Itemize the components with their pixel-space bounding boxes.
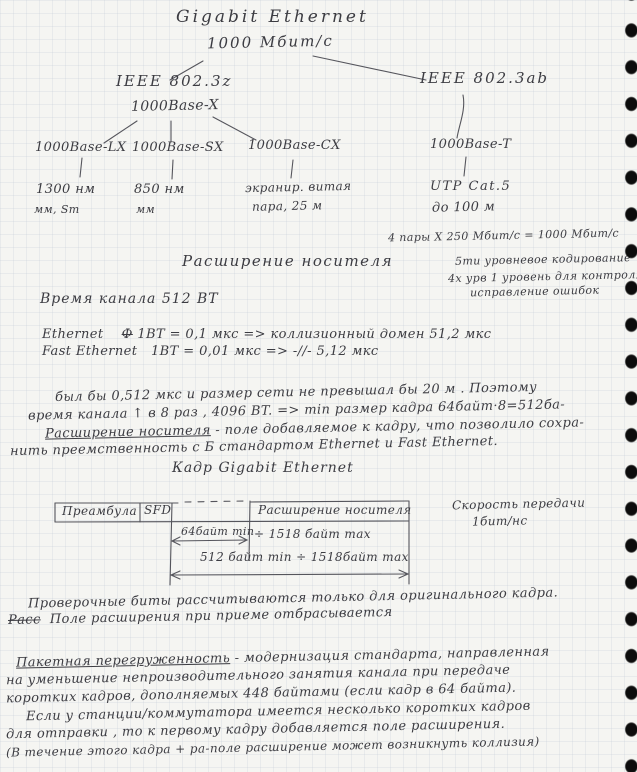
frame-range1-max: ÷ 1518 байт max bbox=[254, 528, 371, 542]
tree-leaf-1000base-sx: 1000Base-SX bbox=[132, 141, 224, 156]
tree-leaf-1000base-lx: 1000Base-LX bbox=[35, 141, 126, 156]
lx-wavelength: 1300 нм bbox=[36, 183, 95, 198]
frame-cell-extension: Расширение носителя bbox=[258, 504, 412, 518]
fast-ethernet-label: Fast Ethernet bbox=[42, 344, 137, 359]
t-distance: до 100 м bbox=[432, 200, 495, 216]
coding-note-line1: 5ти уровневое кодирование bbox=[455, 252, 631, 268]
page-title: Gigabit Ethernet bbox=[176, 8, 369, 28]
pairs-formula: 4 пары X 250 Мбит/с = 1000 Мбит/с bbox=[388, 228, 619, 245]
coding-note-line2: 4х урв 1 уровень для контроля и bbox=[448, 269, 637, 286]
struck-symbol: Ф bbox=[122, 327, 133, 342]
sx-fiber-modes: мм bbox=[136, 204, 155, 217]
transfer-speed-line2: 1бит/нс bbox=[472, 514, 528, 529]
crossed-out-word: Расс bbox=[8, 612, 41, 628]
frame-diagram-heading: Кадр Gigabit Ethernet bbox=[172, 460, 354, 476]
frame-cell-sfd: SFD bbox=[144, 504, 171, 518]
page-subtitle-speed: 1000 Мбит/с bbox=[207, 33, 334, 53]
frame-range2: 512 байт min ÷ 1518байт max bbox=[200, 551, 409, 565]
fast-ethernet-bt-value: 1BT = 0,01 мкс => -//- 5,12 мкс bbox=[151, 344, 379, 359]
tree-leaf-1000base-cx: 1000Base-CX bbox=[248, 139, 341, 154]
coding-note-line3: исправление ошибок bbox=[470, 285, 600, 300]
ethernet-label: Ethernet bbox=[42, 327, 103, 342]
notebook-page: Gigabit Ethernet 1000 Мбит/с IEEE 802.3z… bbox=[0, 0, 637, 772]
cx-medium-line2: пара, 25 м bbox=[252, 199, 323, 214]
transfer-speed-line1: Скорость передачи bbox=[452, 497, 586, 514]
ethernet-bt-line: Ethernet Ф 1BT = 0,1 мкс => коллизионный… bbox=[42, 328, 491, 343]
sx-wavelength: 850 нм bbox=[134, 183, 185, 198]
burst-term: Пакетная перегруженность bbox=[16, 651, 230, 670]
channel-time-note: Время канала 512 BT bbox=[40, 291, 219, 307]
section-heading-carrier-extension: Расширение носителя bbox=[182, 253, 393, 270]
carrier-extension-term: Расширение носителя bbox=[45, 423, 211, 441]
fast-ethernet-bt-line: Fast Ethernet 1BT = 0,01 мкс => -//- 5,1… bbox=[42, 345, 379, 360]
tree-node-ieee8023ab: IEEE 802.3ab bbox=[420, 70, 549, 87]
t-medium: UTP Cat.5 bbox=[430, 180, 511, 195]
frame-cell-preamble: Преамбула bbox=[62, 505, 137, 519]
frame-range1-min: 64байт min bbox=[181, 526, 254, 539]
tree-node-1000base-x: 1000Base-X bbox=[131, 97, 219, 115]
tree-node-ieee8023z: IEEE 802.3z bbox=[116, 73, 232, 90]
cx-medium-line1: экранир. витая bbox=[245, 180, 352, 196]
lx-fiber-modes: мм, Sm bbox=[34, 204, 80, 217]
spiral-binding-holes bbox=[613, 0, 637, 772]
tree-leaf-1000base-t: 1000Base-T bbox=[430, 138, 511, 153]
ethernet-bt-value: 1BT = 0,1 мкс => коллизионный домен 51,2… bbox=[137, 327, 491, 342]
